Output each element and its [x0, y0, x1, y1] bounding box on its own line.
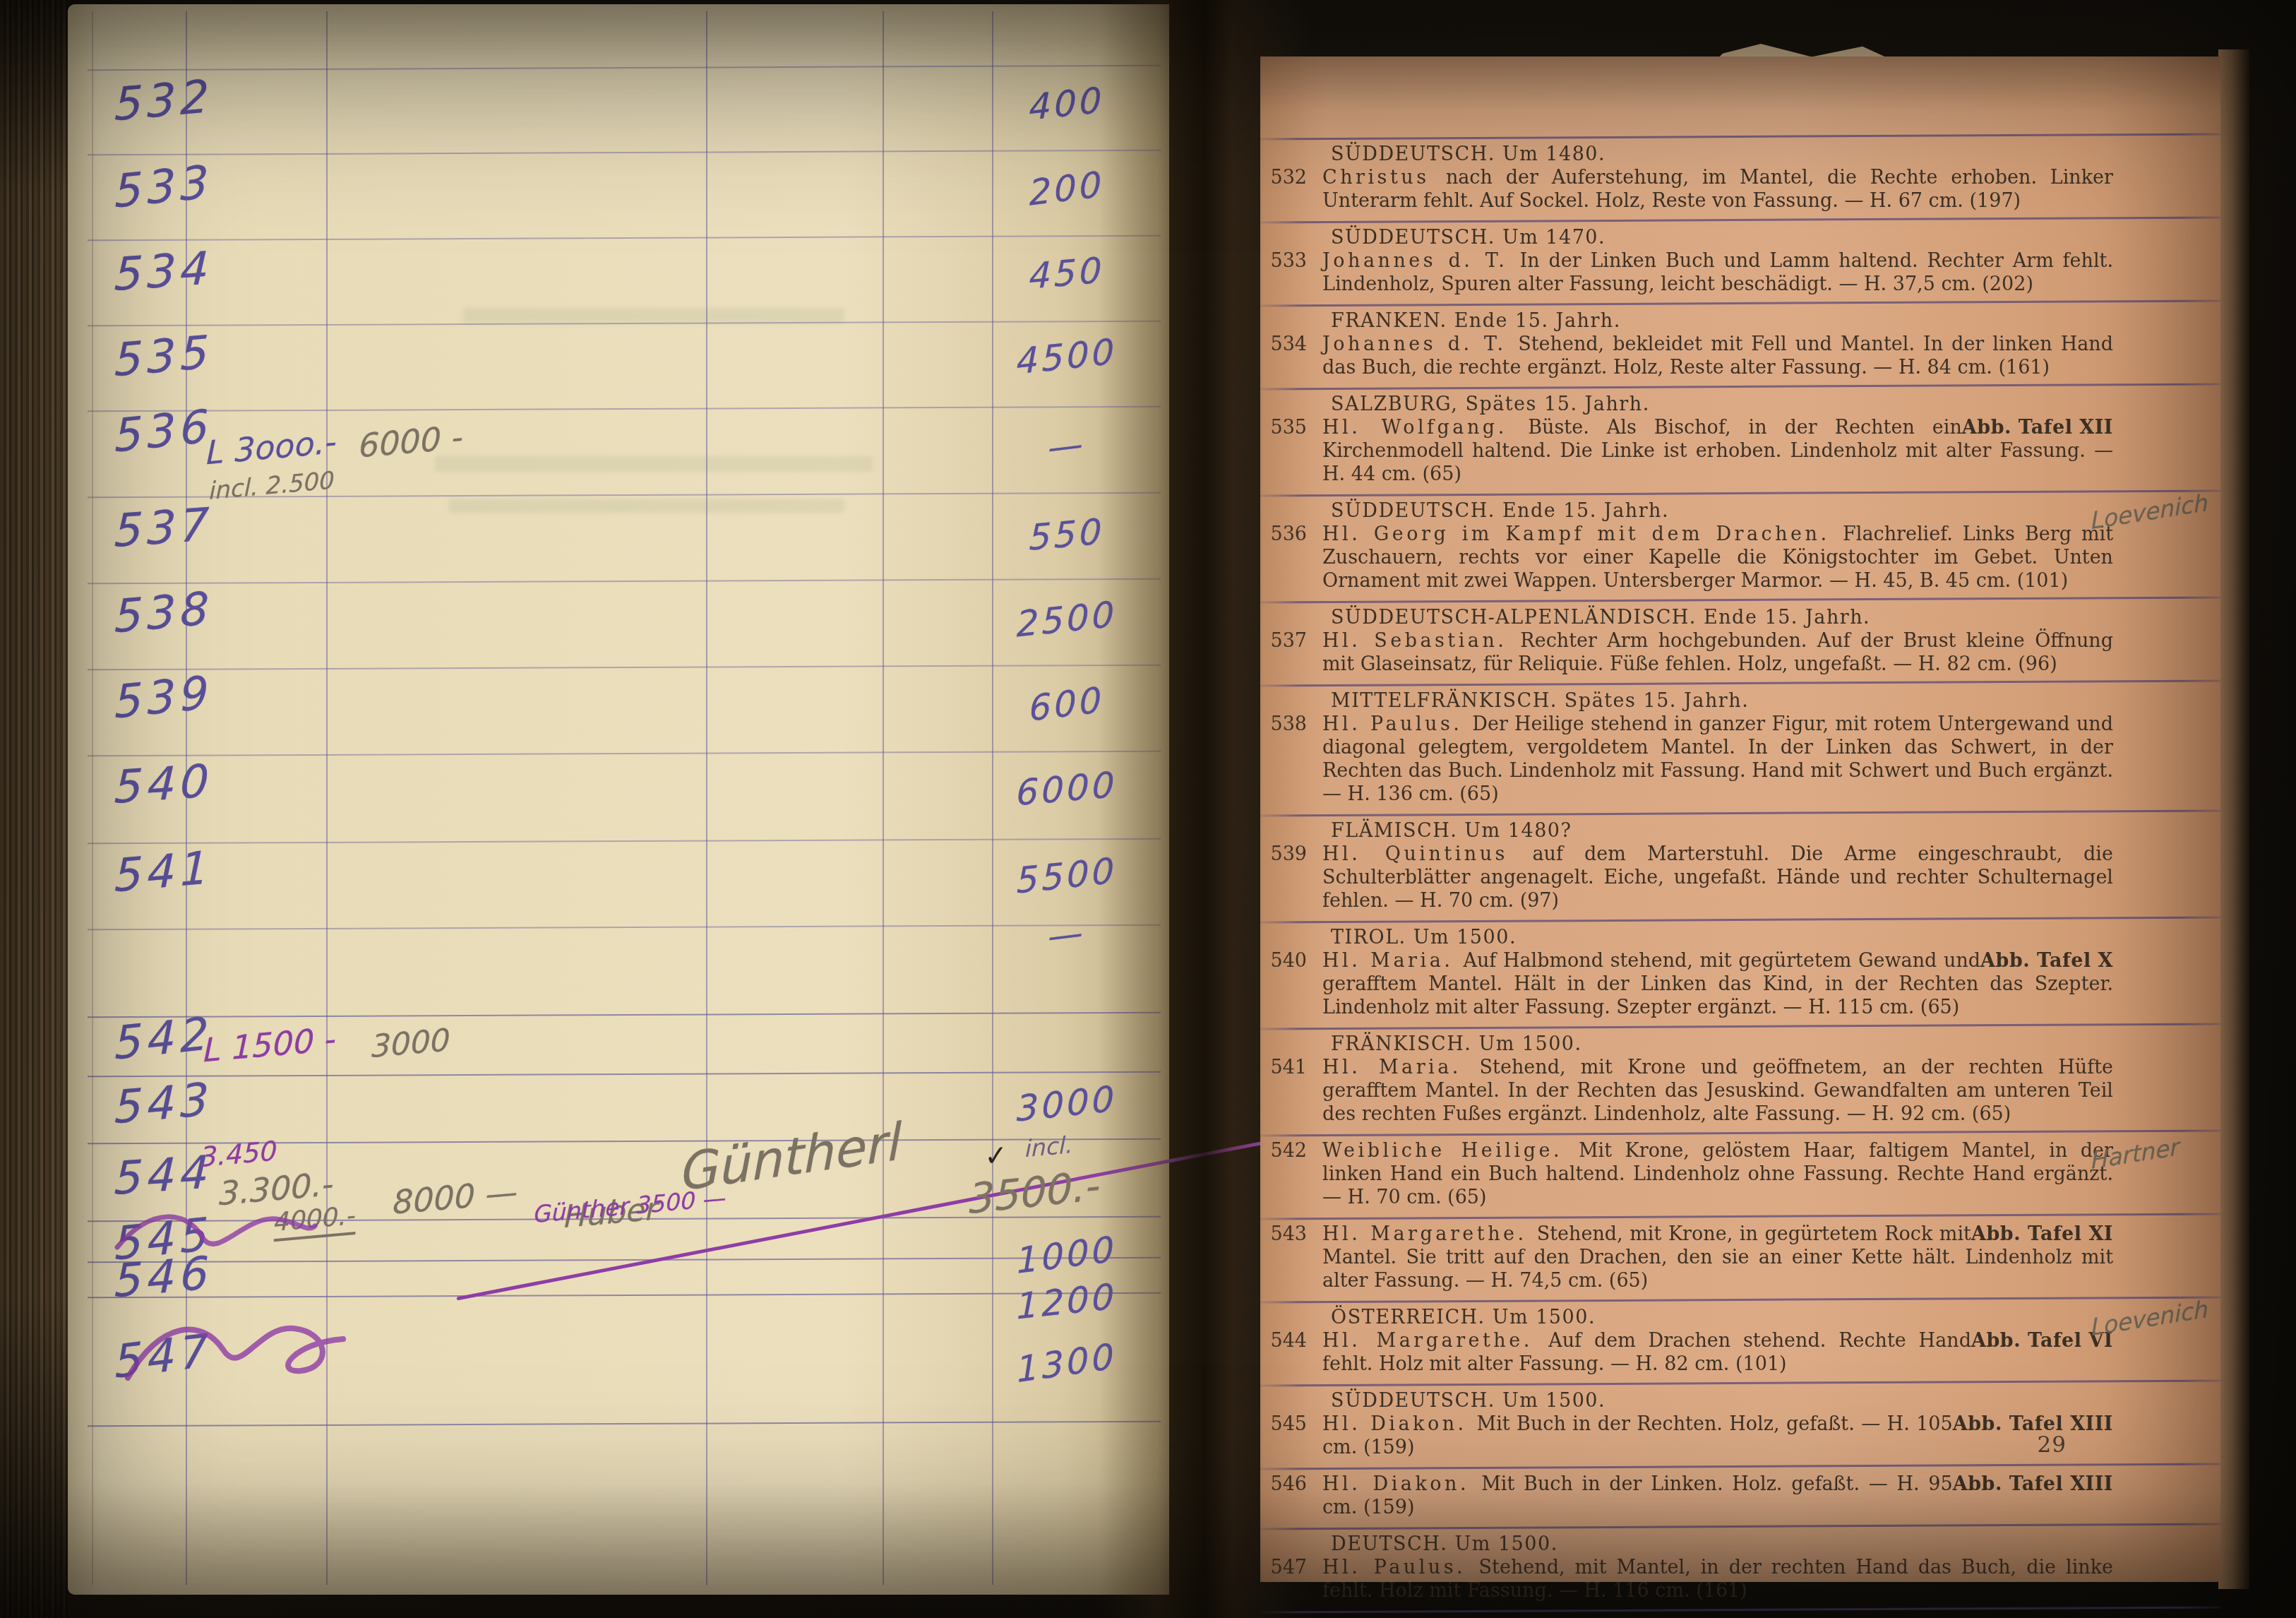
- entry-origin-header: FRÄNKISCH. Um 1500.: [1331, 1033, 2220, 1056]
- plate-reference: Abb. Tafel XIII: [1953, 1412, 2113, 1436]
- entry-lot-number: 539: [1266, 843, 1307, 912]
- entry-subject-name: Weibliche Heilige.: [1322, 1140, 1579, 1162]
- hammer-price: 3000: [979, 1074, 1155, 1134]
- entry-row: 547Hl. Paulus. Stehend, mit Mantel, in d…: [1266, 1556, 2220, 1602]
- entry-origin-header: SÜDDEUTSCH. Um 1500.: [1331, 1389, 2220, 1412]
- auction-catalog-scan: 5324005332005344505354500536—53755053825…: [0, 0, 2296, 1618]
- lot-number: 543: [93, 1071, 235, 1136]
- catalog-entry: 542Weibliche Heilige. Mit Krone, gelöste…: [1260, 1134, 2220, 1215]
- entry-lot-number: 542: [1266, 1139, 1307, 1209]
- catalog-entry: DEUTSCH. Um 1500.547Hl. Paulus. Stehend,…: [1260, 1528, 2220, 1609]
- grid-line-horizontal: [88, 838, 1161, 845]
- entry-row: 542Weibliche Heilige. Mit Krone, gelöste…: [1266, 1139, 2220, 1209]
- catalog-entry: SÜDDEUTSCH. Um 1470.533Johannes d. T. In…: [1260, 221, 2220, 302]
- grid-line-vertical: [706, 11, 707, 1585]
- entry-subject-name: Hl. Quintinus: [1322, 843, 1533, 865]
- hammer-price: 5500: [979, 846, 1155, 905]
- hammer-price: —: [979, 415, 1154, 477]
- catalog-entry: MITTELFRÄNKISCH. Spätes 15. Jahrh.538Hl.…: [1260, 684, 2220, 812]
- plate-reference: Abb. Tafel XI: [1971, 1223, 2113, 1246]
- ink-bleedthrough: [463, 308, 844, 323]
- hammer-price: 600: [979, 673, 1154, 736]
- entry-description: Abb. Tafel XIIIHl. Diakon. Mit Buch in d…: [1322, 1473, 2113, 1519]
- grid-line-horizontal: [88, 1071, 1161, 1078]
- checkmark: ✓: [983, 1139, 1009, 1173]
- catalog-entry: FRÄNKISCH. Um 1500.541Hl. Maria. Stehend…: [1260, 1028, 2220, 1132]
- ledger-incl-544: incl.: [1025, 1131, 1073, 1162]
- hammer-price: —: [979, 903, 1154, 966]
- entry-lot-number: 535: [1266, 416, 1307, 486]
- catalog-page: SÜDDEUTSCH. Um 1480.532Christus nach der…: [1260, 56, 2220, 1582]
- grid-line-horizontal: [88, 65, 1161, 71]
- grid-line-vertical: [883, 11, 884, 1585]
- entry-lot-number: 540: [1266, 949, 1307, 1019]
- plate-reference: Abb. Tafel X: [1980, 949, 2113, 972]
- entry-origin-header: MITTELFRÄNKISCH. Spätes 15. Jahrh.: [1331, 689, 2220, 713]
- ledger-note-incl-536: incl. 2.500: [209, 466, 335, 506]
- grid-line-horizontal: [88, 150, 1161, 156]
- entry-row: 535Abb. Tafel XIIHl. Wolfgang. Büste. Al…: [1266, 416, 2220, 486]
- hammer-price: 1300: [979, 1330, 1155, 1396]
- lot-number: 534: [92, 241, 235, 303]
- entry-row: 545Abb. Tafel XIIIHl. Diakon. Mit Buch i…: [1266, 1412, 2220, 1459]
- hammer-price: 4500: [979, 327, 1155, 386]
- lot-number: 538: [93, 581, 235, 646]
- ink-scribble: [110, 1198, 322, 1268]
- ink-bleedthrough: [449, 499, 844, 513]
- entry-row: 539Hl. Quintinus auf dem Marterstuhl. Di…: [1266, 843, 2220, 912]
- ink-bleedthrough: [435, 456, 873, 472]
- entry-origin-header: FLÄMISCH. Um 1480?: [1331, 819, 2220, 843]
- plate-reference: Abb. Tafel XIII: [1953, 1473, 2113, 1496]
- ledger-bid-544: 8000 —: [393, 1172, 518, 1222]
- entry-origin-header: SÜDDEUTSCH. Ende 15. Jahrh.: [1331, 499, 2220, 523]
- catalog-entry: SÜDDEUTSCH. Um 1480.532Christus nach der…: [1260, 138, 2220, 219]
- book-page-edges-right: [2218, 49, 2249, 1589]
- entry-row: 534Johannes d. T. Stehend, bekleidet mit…: [1266, 333, 2220, 379]
- entry-lot-number: 538: [1266, 713, 1307, 806]
- entry-row: 541Hl. Maria. Stehend, mit Krone und geö…: [1266, 1056, 2220, 1126]
- entry-row: 540Abb. Tafel XHl. Maria. Auf Halbmond s…: [1266, 949, 2220, 1019]
- entry-subject-name: Christus: [1322, 167, 1446, 189]
- hammer-price: 400: [979, 74, 1155, 133]
- entry-description: Abb. Tafel VIHl. Margarethe. Auf dem Dra…: [1322, 1329, 2113, 1376]
- entry-origin-header: SÜDDEUTSCH. Um 1480.: [1331, 143, 2220, 166]
- entry-subject-name: Hl. Georg im Kampf mit dem Drachen.: [1322, 523, 1843, 545]
- entry-row: 543Abb. Tafel XIHl. Margarethe. Stehend,…: [1266, 1223, 2220, 1292]
- catalog-entry: SALZBURG, Spätes 15. Jahrh.535Abb. Tafel…: [1260, 388, 2220, 492]
- entry-lot-number: 533: [1266, 249, 1307, 296]
- catalog-entry: SÜDDEUTSCH-ALPENLÄNDISCH. Ende 15. Jahrh…: [1260, 601, 2220, 682]
- hammer-price: 2500: [979, 590, 1155, 649]
- grid-line-horizontal: [88, 751, 1161, 757]
- ledger-page: 5324005332005344505354500536—53755053825…: [68, 4, 1169, 1595]
- entry-lot-number: 543: [1266, 1223, 1307, 1292]
- entry-subject-name: Hl. Diakon.: [1322, 1413, 1477, 1435]
- entry-subject-name: Hl. Sebastian.: [1322, 630, 1520, 652]
- catalog-entry: 543Abb. Tafel XIHl. Margarethe. Stehend,…: [1260, 1218, 2220, 1299]
- lot-number: 541: [93, 840, 235, 905]
- catalog-entry: FRANKEN. Ende 15. Jahrh.534Johannes d. T…: [1260, 304, 2220, 386]
- entry-lot-number: 537: [1266, 629, 1307, 676]
- entry-origin-header: ÖSTERREICH. Um 1500.: [1331, 1306, 2220, 1329]
- entry-subject-name: Hl. Margarethe.: [1322, 1330, 1548, 1352]
- entry-description: Abb. Tafel XIIIHl. Diakon. Mit Buch in d…: [1322, 1412, 2113, 1459]
- grid-line-horizontal: [88, 1421, 1161, 1427]
- entry-origin-header: SÜDDEUTSCH-ALPENLÄNDISCH. Ende 15. Jahrh…: [1331, 606, 2220, 629]
- entry-origin-header: SÜDDEUTSCH. Um 1470.: [1331, 226, 2220, 249]
- lot-number: 537: [92, 497, 235, 559]
- entry-origin-header: TIROL. Um 1500.: [1331, 926, 2220, 949]
- catalog-entry: 546Abb. Tafel XIIIHl. Diakon. Mit Buch i…: [1260, 1468, 2220, 1525]
- entry-subject-name: Johannes d. T.: [1322, 333, 1518, 355]
- ledger-note-544-purple-top: 3.450: [201, 1135, 277, 1173]
- entry-origin-header: DEUTSCH. Um 1500.: [1331, 1533, 2220, 1556]
- lot-number: 533: [94, 153, 234, 220]
- entry-subject-name: Hl. Paulus.: [1322, 713, 1472, 735]
- catalog-entry: SÜDDEUTSCH. Ende 15. Jahrh.536Hl. Georg …: [1260, 494, 2220, 599]
- entry-row: 533Johannes d. T. In der Linken Buch und…: [1266, 249, 2220, 296]
- plate-reference: Abb. Tafel XII: [1962, 416, 2113, 439]
- grid-line-horizontal: [88, 578, 1161, 585]
- lot-number: 532: [93, 69, 235, 133]
- grid-line-horizontal: [88, 665, 1161, 671]
- lot-number: 540: [92, 754, 235, 816]
- entry-row: 532Christus nach der Auferstehung, im Ma…: [1266, 166, 2220, 213]
- entry-lot-number: 534: [1266, 333, 1307, 379]
- lot-number: 539: [94, 664, 234, 731]
- catalog-entry: TIROL. Um 1500.540Abb. Tafel XHl. Maria.…: [1260, 921, 2220, 1025]
- entry-description: Hl. Quintinus auf dem Marterstuhl. Die A…: [1322, 843, 2113, 912]
- book-page-edges-left: [0, 0, 69, 1618]
- hammer-price: 200: [979, 157, 1154, 220]
- entry-description: Abb. Tafel XIHl. Margarethe. Stehend, mi…: [1322, 1223, 2113, 1292]
- lot-number: 535: [93, 324, 235, 389]
- entry-lot-number: 544: [1266, 1329, 1307, 1376]
- entry-lot-number: 541: [1266, 1056, 1307, 1126]
- ledger-bid-542: 3000: [371, 1022, 450, 1065]
- entry-subject-name: Hl. Diakon.: [1322, 1473, 1481, 1495]
- catalog-entries: SÜDDEUTSCH. Um 1480.532Christus nach der…: [1260, 136, 2220, 1611]
- entry-row: 546Abb. Tafel XIIIHl. Diakon. Mit Buch i…: [1266, 1473, 2220, 1519]
- entry-description: Johannes d. T. Stehend, bekleidet mit Fe…: [1322, 333, 2113, 379]
- entry-lot-number: 532: [1266, 166, 1307, 213]
- entry-subject-name: Hl. Paulus.: [1322, 1557, 1479, 1578]
- hammer-price: 450: [979, 245, 1155, 302]
- catalog-entry: SÜDDEUTSCH. Um 1500.545Abb. Tafel XIIIHl…: [1260, 1384, 2220, 1465]
- entry-description: Abb. Tafel XIIHl. Wolfgang. Büste. Als B…: [1322, 416, 2113, 486]
- entry-row: 536Hl. Georg im Kampf mit dem Drachen. F…: [1266, 523, 2220, 593]
- page-number: 29: [2038, 1432, 2067, 1458]
- entry-subject-name: Hl. Margarethe.: [1322, 1223, 1537, 1245]
- entry-origin-header: SALZBURG, Spätes 15. Jahrh.: [1331, 393, 2220, 416]
- catalog-entry: FLÄMISCH. Um 1480?539Hl. Quintinus auf d…: [1260, 814, 2220, 919]
- entry-description: Hl. Maria. Stehend, mit Krone und geöffn…: [1322, 1056, 2113, 1126]
- entry-row: 544Abb. Tafel VIHl. Margarethe. Auf dem …: [1266, 1329, 2220, 1376]
- entry-subject-name: Johannes d. T.: [1322, 250, 1520, 272]
- ink-scribble: [117, 1311, 371, 1403]
- entry-description: Abb. Tafel XHl. Maria. Auf Halbmond steh…: [1322, 949, 2113, 1019]
- entry-row: 537Hl. Sebastian. Rechter Arm hochgebund…: [1266, 629, 2220, 676]
- grid-line-horizontal: [88, 1012, 1161, 1018]
- entry-description: Hl. Sebastian. Rechter Arm hochgebunden.…: [1322, 629, 2113, 676]
- entry-subject-name: Hl. Maria.: [1322, 1057, 1480, 1078]
- entry-row: 538Hl. Paulus. Der Heilige stehend in ga…: [1266, 713, 2220, 806]
- entry-lot-number: 545: [1266, 1412, 1307, 1459]
- entry-description: Weibliche Heilige. Mit Krone, gelöstem H…: [1322, 1139, 2113, 1209]
- entry-origin-header: FRANKEN. Ende 15. Jahrh.: [1331, 309, 2220, 333]
- hammer-price: 6000: [979, 761, 1155, 817]
- entry-description: Johannes d. T. In der Linken Buch und La…: [1322, 249, 2113, 296]
- entry-subject-name: Hl. Wolfgang.: [1322, 417, 1528, 439]
- entry-description: Christus nach der Auferstehung, im Mante…: [1322, 166, 2113, 213]
- entry-lot-number: 536: [1266, 523, 1307, 593]
- grid-line-horizontal: [88, 235, 1161, 242]
- entry-lot-number: 546: [1266, 1473, 1307, 1519]
- entry-subject-name: Hl. Maria.: [1322, 950, 1463, 972]
- entry-description: Hl. Georg im Kampf mit dem Drachen. Flac…: [1322, 523, 2113, 593]
- catalog-entry: ÖSTERREICH. Um 1500.544Abb. Tafel VIHl. …: [1260, 1301, 2220, 1382]
- grid-line-horizontal: [88, 406, 1161, 412]
- entry-lot-number: 547: [1266, 1556, 1307, 1602]
- entry-description: Hl. Paulus. Stehend, mit Mantel, in der …: [1322, 1556, 2113, 1602]
- entry-description: Hl. Paulus. Der Heilige stehend in ganze…: [1322, 713, 2113, 806]
- hammer-price: 550: [979, 506, 1155, 563]
